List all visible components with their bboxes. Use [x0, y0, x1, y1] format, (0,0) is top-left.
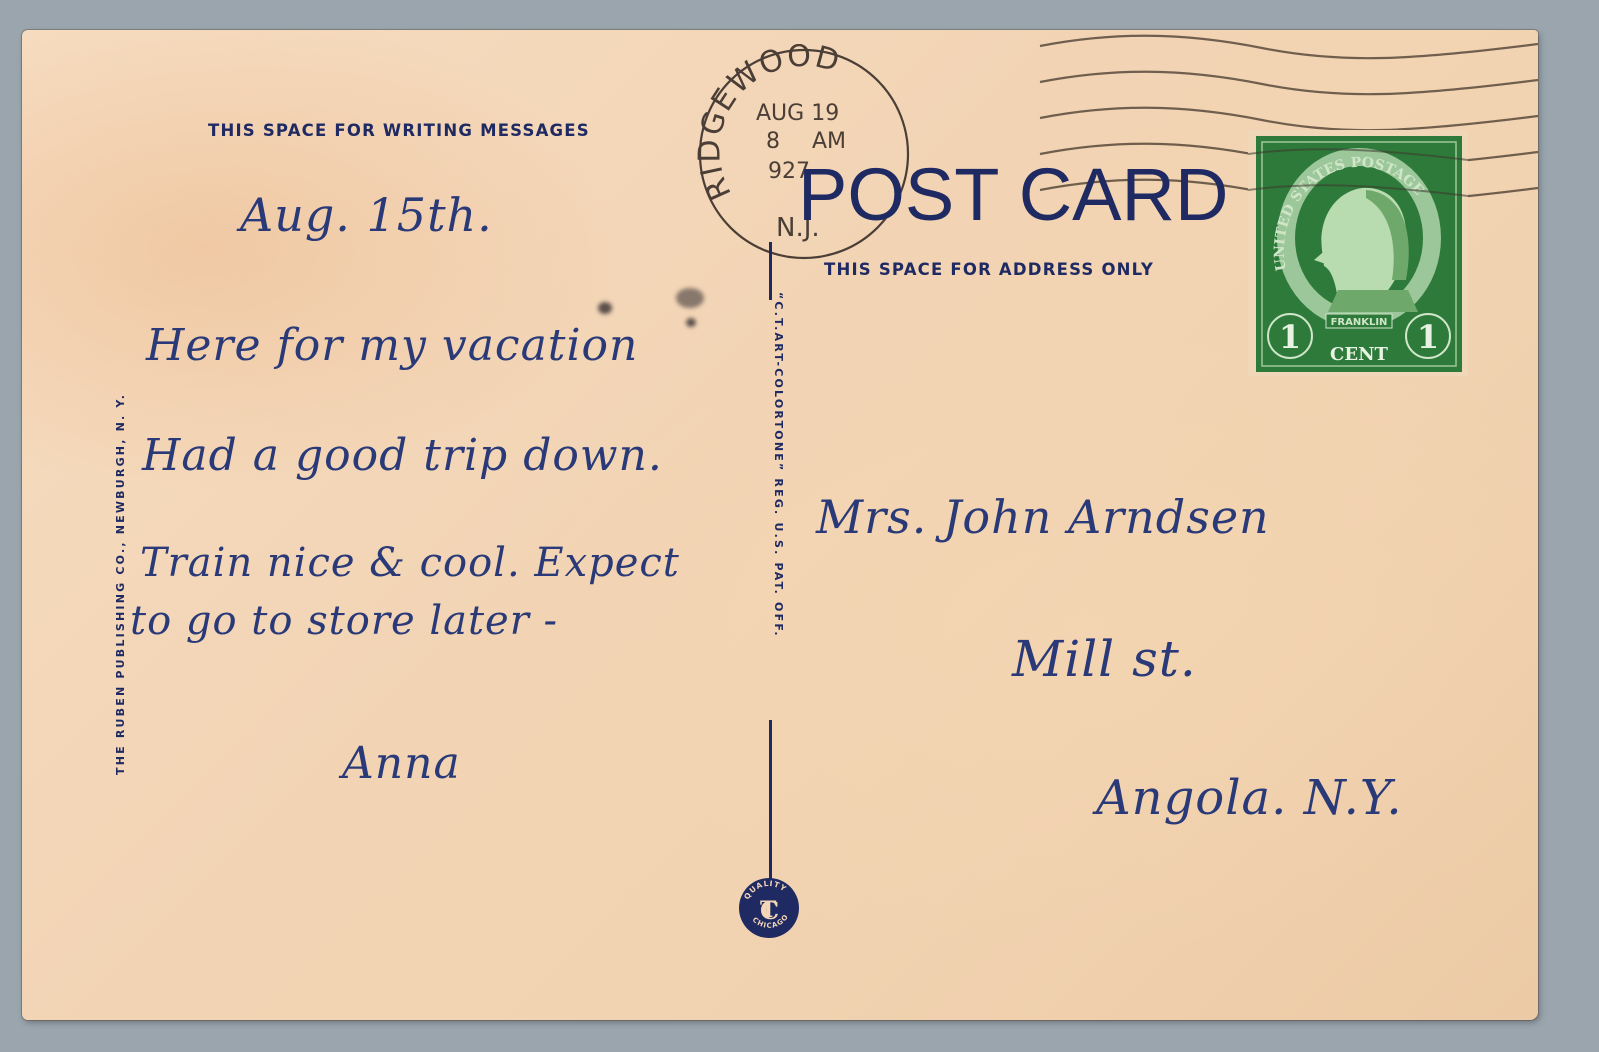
center-divider-bottom — [769, 720, 772, 882]
address-line-street: Mill st. — [1012, 630, 1197, 688]
svg-text:AM: AM — [812, 129, 846, 154]
message-signature: Anna — [342, 738, 461, 789]
svg-text:AUG 19: AUG 19 — [756, 101, 839, 126]
trademark-imprint: “C.T.ART-COLORTONE” REG. U.S. PAT. OFF. — [772, 292, 785, 638]
ink-smudge — [676, 288, 704, 308]
message-line: Had a good trip down. — [142, 430, 663, 481]
svg-text:T: T — [760, 897, 777, 923]
post-card-title: POST CARD — [798, 158, 1228, 232]
message-line: Train nice & cool. Expect — [140, 540, 680, 586]
curt-teich-logo-icon: QUALITY CHICAGO C T — [738, 877, 800, 939]
ink-smudge — [686, 318, 696, 327]
message-line: to go to store later - — [130, 598, 558, 644]
publisher-imprint: THE RUBEN PUBLISHING CO., NEWBURGH, N. Y… — [114, 393, 127, 775]
cancellation-over-stamp — [1248, 130, 1468, 376]
ink-smudge — [598, 302, 612, 314]
address-line-city: Angola. N.Y. — [1096, 770, 1403, 826]
message-date: Aug. 15th. — [240, 188, 493, 242]
address-space-label: THIS SPACE FOR ADDRESS ONLY — [824, 260, 1154, 279]
message-space-label: THIS SPACE FOR WRITING MESSAGES — [208, 121, 590, 140]
svg-text:8: 8 — [766, 129, 780, 154]
address-line-recipient: Mrs. John Arndsen — [816, 490, 1270, 544]
postcard-back: RIDGEWOOD AUG 19 8 AM 927 N.J. THIS SPAC… — [22, 30, 1538, 1020]
message-line: Here for my vacation — [146, 320, 638, 371]
